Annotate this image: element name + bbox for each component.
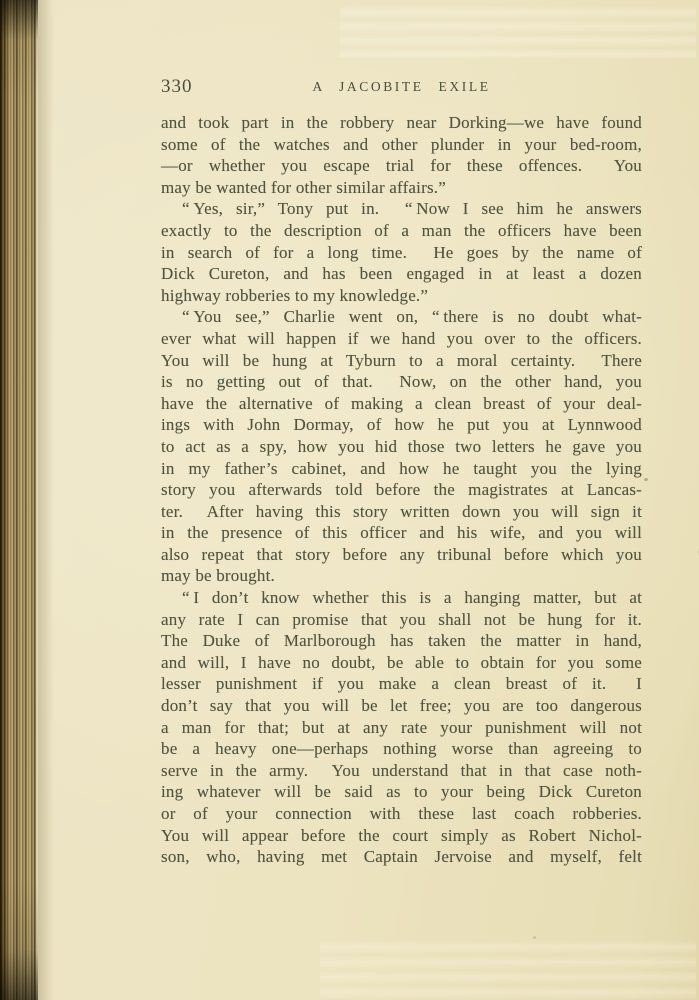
text-line: You will appear before the court simply …	[161, 825, 642, 847]
scanned-book-page: 330 A JACOBITE EXILE and took part in th…	[0, 0, 699, 1000]
book-title-header: A JACOBITE EXILE	[161, 79, 642, 95]
book-page-edges	[0, 0, 38, 1000]
paragraph: “ You see,” Charlie went on, “ there is …	[161, 306, 642, 587]
running-header: 330 A JACOBITE EXILE	[161, 76, 642, 98]
paper-speck	[533, 936, 536, 939]
text-line: “ You see,” Charlie went on, “ there is …	[161, 306, 642, 328]
text-line: have the alternative of making a clean b…	[161, 393, 642, 415]
text-line: or of your connection with these last co…	[161, 803, 642, 825]
text-line: may be wanted for other similar affairs.…	[161, 177, 642, 199]
text-line: in the presence of this officer and his …	[161, 522, 642, 544]
text-line: is no getting out of that. Now, on the o…	[161, 371, 642, 393]
page-edge-shadow	[38, 0, 54, 1000]
text-line: and took part in the robbery near Dorkin…	[161, 112, 642, 134]
text-line: lesser punishment if you make a clean br…	[161, 673, 642, 695]
text-line: exactly to the description of a man the …	[161, 220, 642, 242]
text-line: to act as a spy, how you hid those two l…	[161, 436, 642, 458]
text-line: may be brought.	[161, 565, 642, 587]
text-line: also repeat that story before any tribun…	[161, 544, 642, 566]
text-line: —or whether you escape trial for these o…	[161, 155, 642, 177]
text-line: “ Yes, sir,” Tony put in. “ Now I see hi…	[161, 198, 642, 220]
paragraph: and took part in the robbery near Dorkin…	[161, 112, 642, 198]
text-line: don’t say that you will be let free; you…	[161, 695, 642, 717]
text-line: ings with John Dormay, of how he put you…	[161, 414, 642, 436]
text-line: some of the watches and other plunder in…	[161, 134, 642, 156]
text-line: be a heavy one—perhaps nothing worse tha…	[161, 738, 642, 760]
text-line: You will be hung at Tyburn to a moral ce…	[161, 350, 642, 372]
text-line: and will, I have no doubt, be able to ob…	[161, 652, 642, 674]
page-body-text: and took part in the robbery near Dorkin…	[161, 112, 642, 868]
text-line: ing whatever will be said as to your bei…	[161, 781, 642, 803]
text-line: in search of for a long time. He goes by…	[161, 242, 642, 264]
text-line: any rate I can promise that you shall no…	[161, 609, 642, 631]
text-line: ever what will happen if we hand you ove…	[161, 328, 642, 350]
text-line: a man for that; but at any rate your pun…	[161, 717, 642, 739]
text-line: son, who, having met Captain Jervoise an…	[161, 846, 642, 868]
paragraph: “ I don’t know whether this is a hanging…	[161, 587, 642, 868]
paper-streak-top	[340, 6, 696, 58]
text-line: ter. After having this story written dow…	[161, 501, 642, 523]
text-line: highway robberies to my knowledge.”	[161, 285, 642, 307]
text-line: serve in the army. You understand that i…	[161, 760, 642, 782]
text-line: Dick Cureton, and has been engaged in at…	[161, 263, 642, 285]
text-line: in my father’s cabinet, and how he taugh…	[161, 458, 642, 480]
text-line: story you afterwards told before the mag…	[161, 479, 642, 501]
text-line: The Duke of Marlborough has taken the ma…	[161, 630, 642, 652]
paper-speck	[644, 478, 648, 481]
paragraph: “ Yes, sir,” Tony put in. “ Now I see hi…	[161, 198, 642, 306]
paper-streak-bottom	[320, 940, 696, 998]
text-line: “ I don’t know whether this is a hanging…	[161, 587, 642, 609]
